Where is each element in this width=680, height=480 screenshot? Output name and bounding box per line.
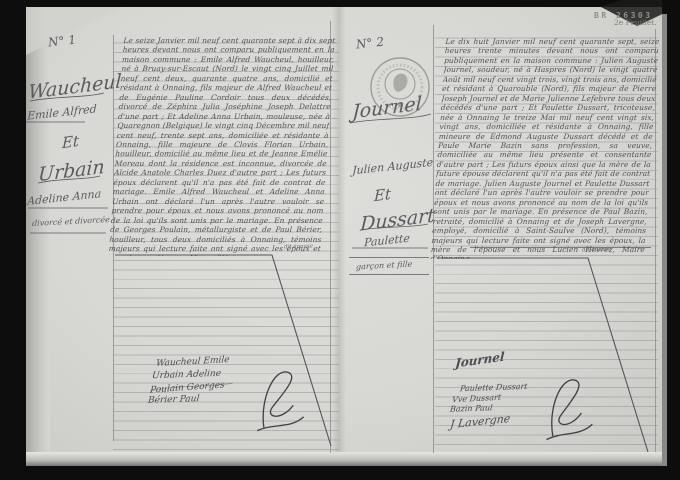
act2-signature-witness1: Bazin Paul [450,403,494,414]
act2-conjunction: Et [374,185,391,206]
act1-conjunction: Et [62,132,79,153]
page-bottom-edge [26,452,662,466]
page-stack-edge [662,14,667,466]
act1-renvoi-note: dit épouse [284,243,313,250]
act2-number: N° 2 [355,35,384,52]
act2-body-text: Le dix huit Janvier mil neuf cent quaran… [430,37,660,259]
act1-signature-witness2: Bérier Paul [147,394,199,406]
feuillet-label: 2e Feuillet. [614,18,657,27]
act2-renvoi-note: dit épouse [582,246,611,253]
register-scan: BR 26303 2e Feuillet. N° 1 [0,0,680,480]
binding-spine [26,7,50,466]
act1-number: N° 1 [47,33,76,50]
act1-body-text: Le seize Janvier mil neuf cent quarante … [108,36,335,256]
